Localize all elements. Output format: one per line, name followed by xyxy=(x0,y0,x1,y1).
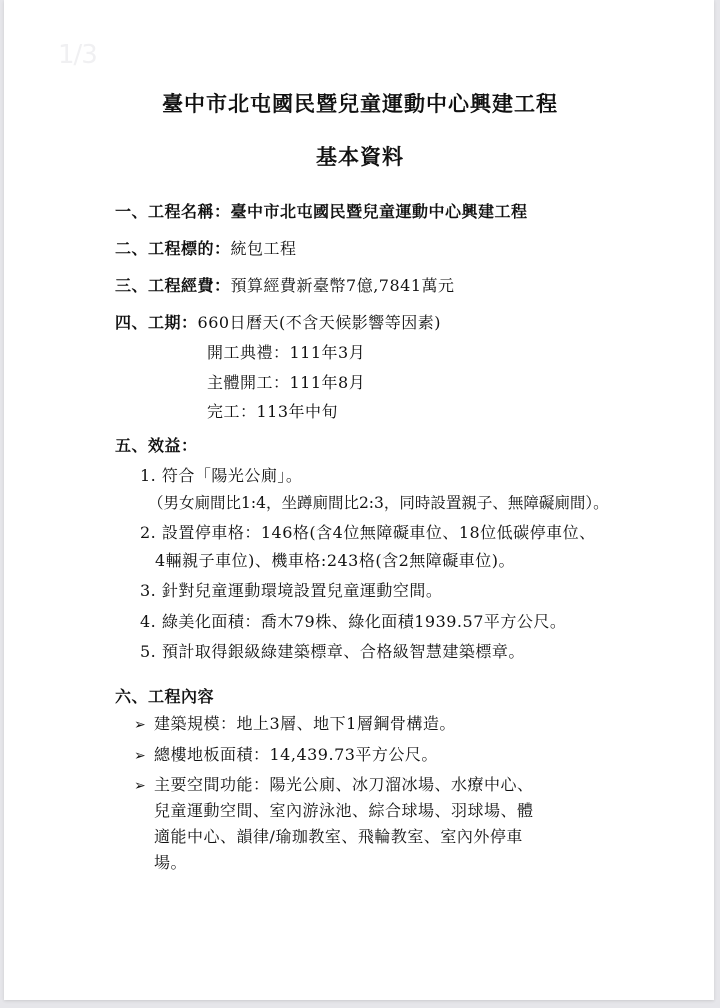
benefit-item-note: （男女廁間比1:4，坐蹲廁間比2:3，同時設置親子、無障礙廁間）。 xyxy=(148,491,609,513)
content-item-continued: 兒童運動空間、室內游泳池、綜合球場、羽球場、體 xyxy=(154,798,534,821)
content-item-text: 建築規模：地上3層、地下1層鋼骨構造。 xyxy=(154,714,456,733)
section-project-name: 一、工程名稱：臺中市北屯國民暨兒童運動中心興建工程 xyxy=(115,199,528,222)
section-label: 二、工程標的： xyxy=(115,239,231,258)
section-project-target: 二、工程標的：統包工程 xyxy=(115,236,297,259)
section-label: 四、工期： xyxy=(115,313,198,332)
page-indicator: 1/3 xyxy=(58,40,97,70)
document-subtitle: 基本資料 xyxy=(0,141,720,171)
section-label: 一、工程名稱： xyxy=(115,202,231,221)
content-item-continued: 適能中心、韻律/瑜珈教室、飛輪教室、室內外停車 xyxy=(154,824,523,847)
section-value: 660日曆天(不含天候影響等因素) xyxy=(198,313,442,332)
benefit-item: 2. 設置停車格：146格(含4位無障礙車位、18位低碳停車位、 xyxy=(140,520,596,543)
content-item-text: 總樓地板面積：14,439.73平方公尺。 xyxy=(154,745,438,764)
arrow-bullet-icon: ➢ xyxy=(134,778,154,794)
section-content-label: 六、工程內容 xyxy=(115,684,214,707)
benefit-item: 4. 綠美化面積：喬木79株、綠化面積1939.57平方公尺。 xyxy=(140,609,566,632)
section-value: 預算經費新臺幣7億,7841萬元 xyxy=(231,276,455,295)
document-title: 臺中市北屯國民暨兒童運動中心興建工程 xyxy=(0,88,720,118)
content-item-continued: 場。 xyxy=(154,850,187,873)
section-value: 臺中市北屯國民暨兒童運動中心興建工程 xyxy=(231,202,528,221)
section-schedule: 四、工期：660日曆天(不含天候影響等因素) xyxy=(115,310,441,333)
section-label: 三、工程經費： xyxy=(115,276,231,295)
section-value: 統包工程 xyxy=(231,239,297,258)
milestone-main-construction: 主體開工：111年8月 xyxy=(207,370,365,393)
section-project-budget: 三、工程經費：預算經費新臺幣7億,7841萬元 xyxy=(115,273,455,296)
arrow-bullet-icon: ➢ xyxy=(134,717,154,733)
benefit-item-continued: 4輛親子車位)、機車格:243格(含2無障礙車位)。 xyxy=(155,548,515,571)
benefit-item: 5. 預計取得銀級綠建築標章、合格級智慧建築標章。 xyxy=(140,639,525,662)
arrow-bullet-icon: ➢ xyxy=(134,748,154,764)
benefit-item: 1. 符合「陽光公廁」。 xyxy=(140,463,302,486)
content-item: ➢建築規模：地上3層、地下1層鋼骨構造。 xyxy=(134,711,456,734)
benefit-item: 3. 針對兒童運動環境設置兒童運動空間。 xyxy=(140,578,442,601)
content-item: ➢主要空間功能：陽光公廁、冰刀溜冰場、水療中心、 xyxy=(134,772,534,795)
milestone-completion: 完工：113年中旬 xyxy=(207,399,338,422)
content-item-text: 主要空間功能：陽光公廁、冰刀溜冰場、水療中心、 xyxy=(154,775,534,794)
section-benefits-label: 五、效益： xyxy=(115,433,198,456)
milestone-groundbreaking: 開工典禮：111年3月 xyxy=(207,340,365,363)
content-item: ➢總樓地板面積：14,439.73平方公尺。 xyxy=(134,742,438,765)
